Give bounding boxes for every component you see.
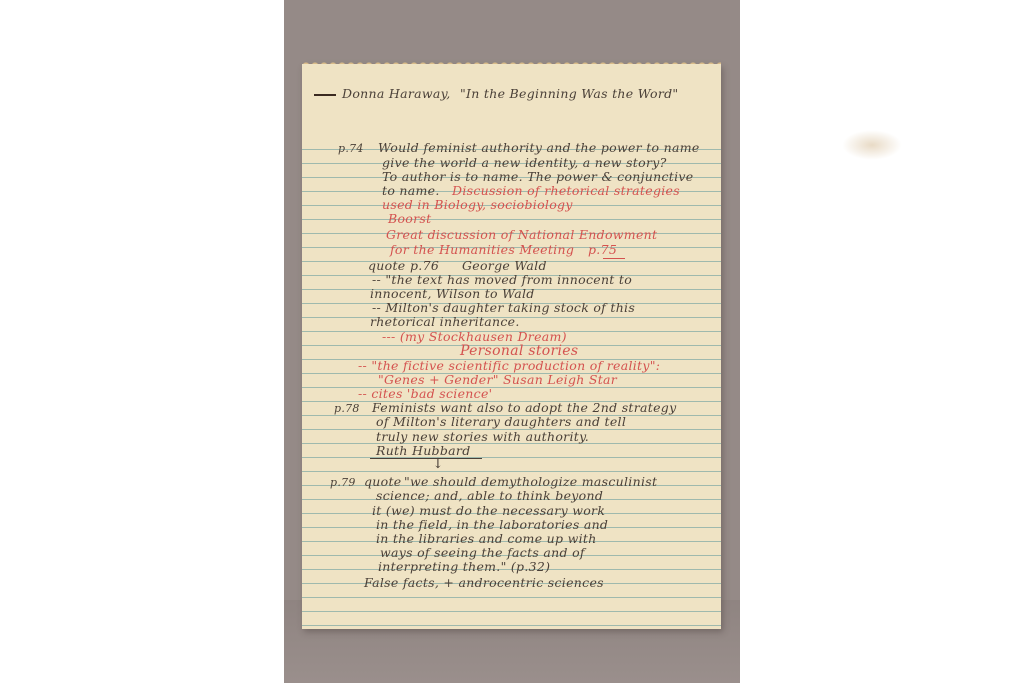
note-line: ways of seeing the facts and of	[380, 545, 585, 560]
down-arrow-icon: ↓	[432, 456, 444, 472]
note-line: interpreting them." (p.32)	[378, 559, 550, 574]
note-line: -- Milton's daughter taking stock of thi…	[372, 300, 635, 315]
page-ref-red: p.75	[588, 242, 617, 257]
note-line: truly new stories with authority.	[376, 429, 589, 444]
note-line: of Milton's literary daughters and tell	[376, 414, 626, 429]
note-line-red: Great discussion of National Endowment	[386, 227, 657, 242]
note-line: innocent, Wilson to Wald	[370, 286, 535, 301]
quote-label: quote	[364, 474, 402, 489]
note-line-red: -- cites 'bad science'	[358, 386, 492, 401]
note-line: science; and, able to think beyond	[376, 488, 603, 503]
note-line: to name.	[382, 183, 440, 198]
note-line-red: used in Biology, sociobiology	[382, 197, 573, 212]
note-line: -- "the text has moved from innocent to	[372, 272, 632, 287]
page-ref: p.76	[410, 258, 439, 273]
note-line-red: Boorst	[388, 211, 431, 226]
page-ref: p.74	[338, 142, 364, 155]
stain	[842, 130, 902, 160]
note-line: George Wald	[462, 258, 547, 273]
underline	[370, 458, 482, 459]
note-line: Would feminist authority and the power t…	[378, 140, 700, 155]
note-line: Feminists want also to adopt the 2nd str…	[372, 400, 676, 415]
note-line: To author is to name. The power & conjun…	[382, 169, 694, 184]
note-line: it (we) must do the necessary work	[372, 503, 605, 518]
note-line-red: --- (my Stockhausen Dream)	[382, 329, 567, 344]
dash-mark	[314, 94, 336, 96]
title-author: Donna Haraway,	[342, 86, 451, 101]
quote-label: quote	[368, 258, 406, 273]
note-line: Ruth Hubbard	[376, 443, 471, 458]
note-line: give the world a new identity, a new sto…	[382, 155, 667, 170]
note-line: in the field, in the laboratories and	[376, 517, 608, 532]
note-line-red: for the Humanities Meeting	[390, 242, 574, 257]
page-ref: p.79	[330, 476, 356, 489]
note-line: "we should demythologize masculinist	[404, 474, 657, 489]
note-line-red: "Genes + Gender" Susan Leigh Star	[378, 372, 617, 387]
note-line: in the libraries and come up with	[376, 531, 597, 546]
heading-red: Personal stories	[460, 343, 578, 359]
note-line-red: -- "the fictive scientific production of…	[358, 358, 660, 373]
note-line: False facts, + androcentric sciences	[364, 575, 604, 590]
underline	[603, 258, 625, 259]
page-ref: p.78	[334, 402, 360, 415]
note-line-red: Discussion of rhetorical strategies	[452, 183, 680, 198]
note-line: rhetorical inheritance.	[370, 314, 520, 329]
title-work: "In the Beginning Was the Word"	[460, 86, 678, 101]
